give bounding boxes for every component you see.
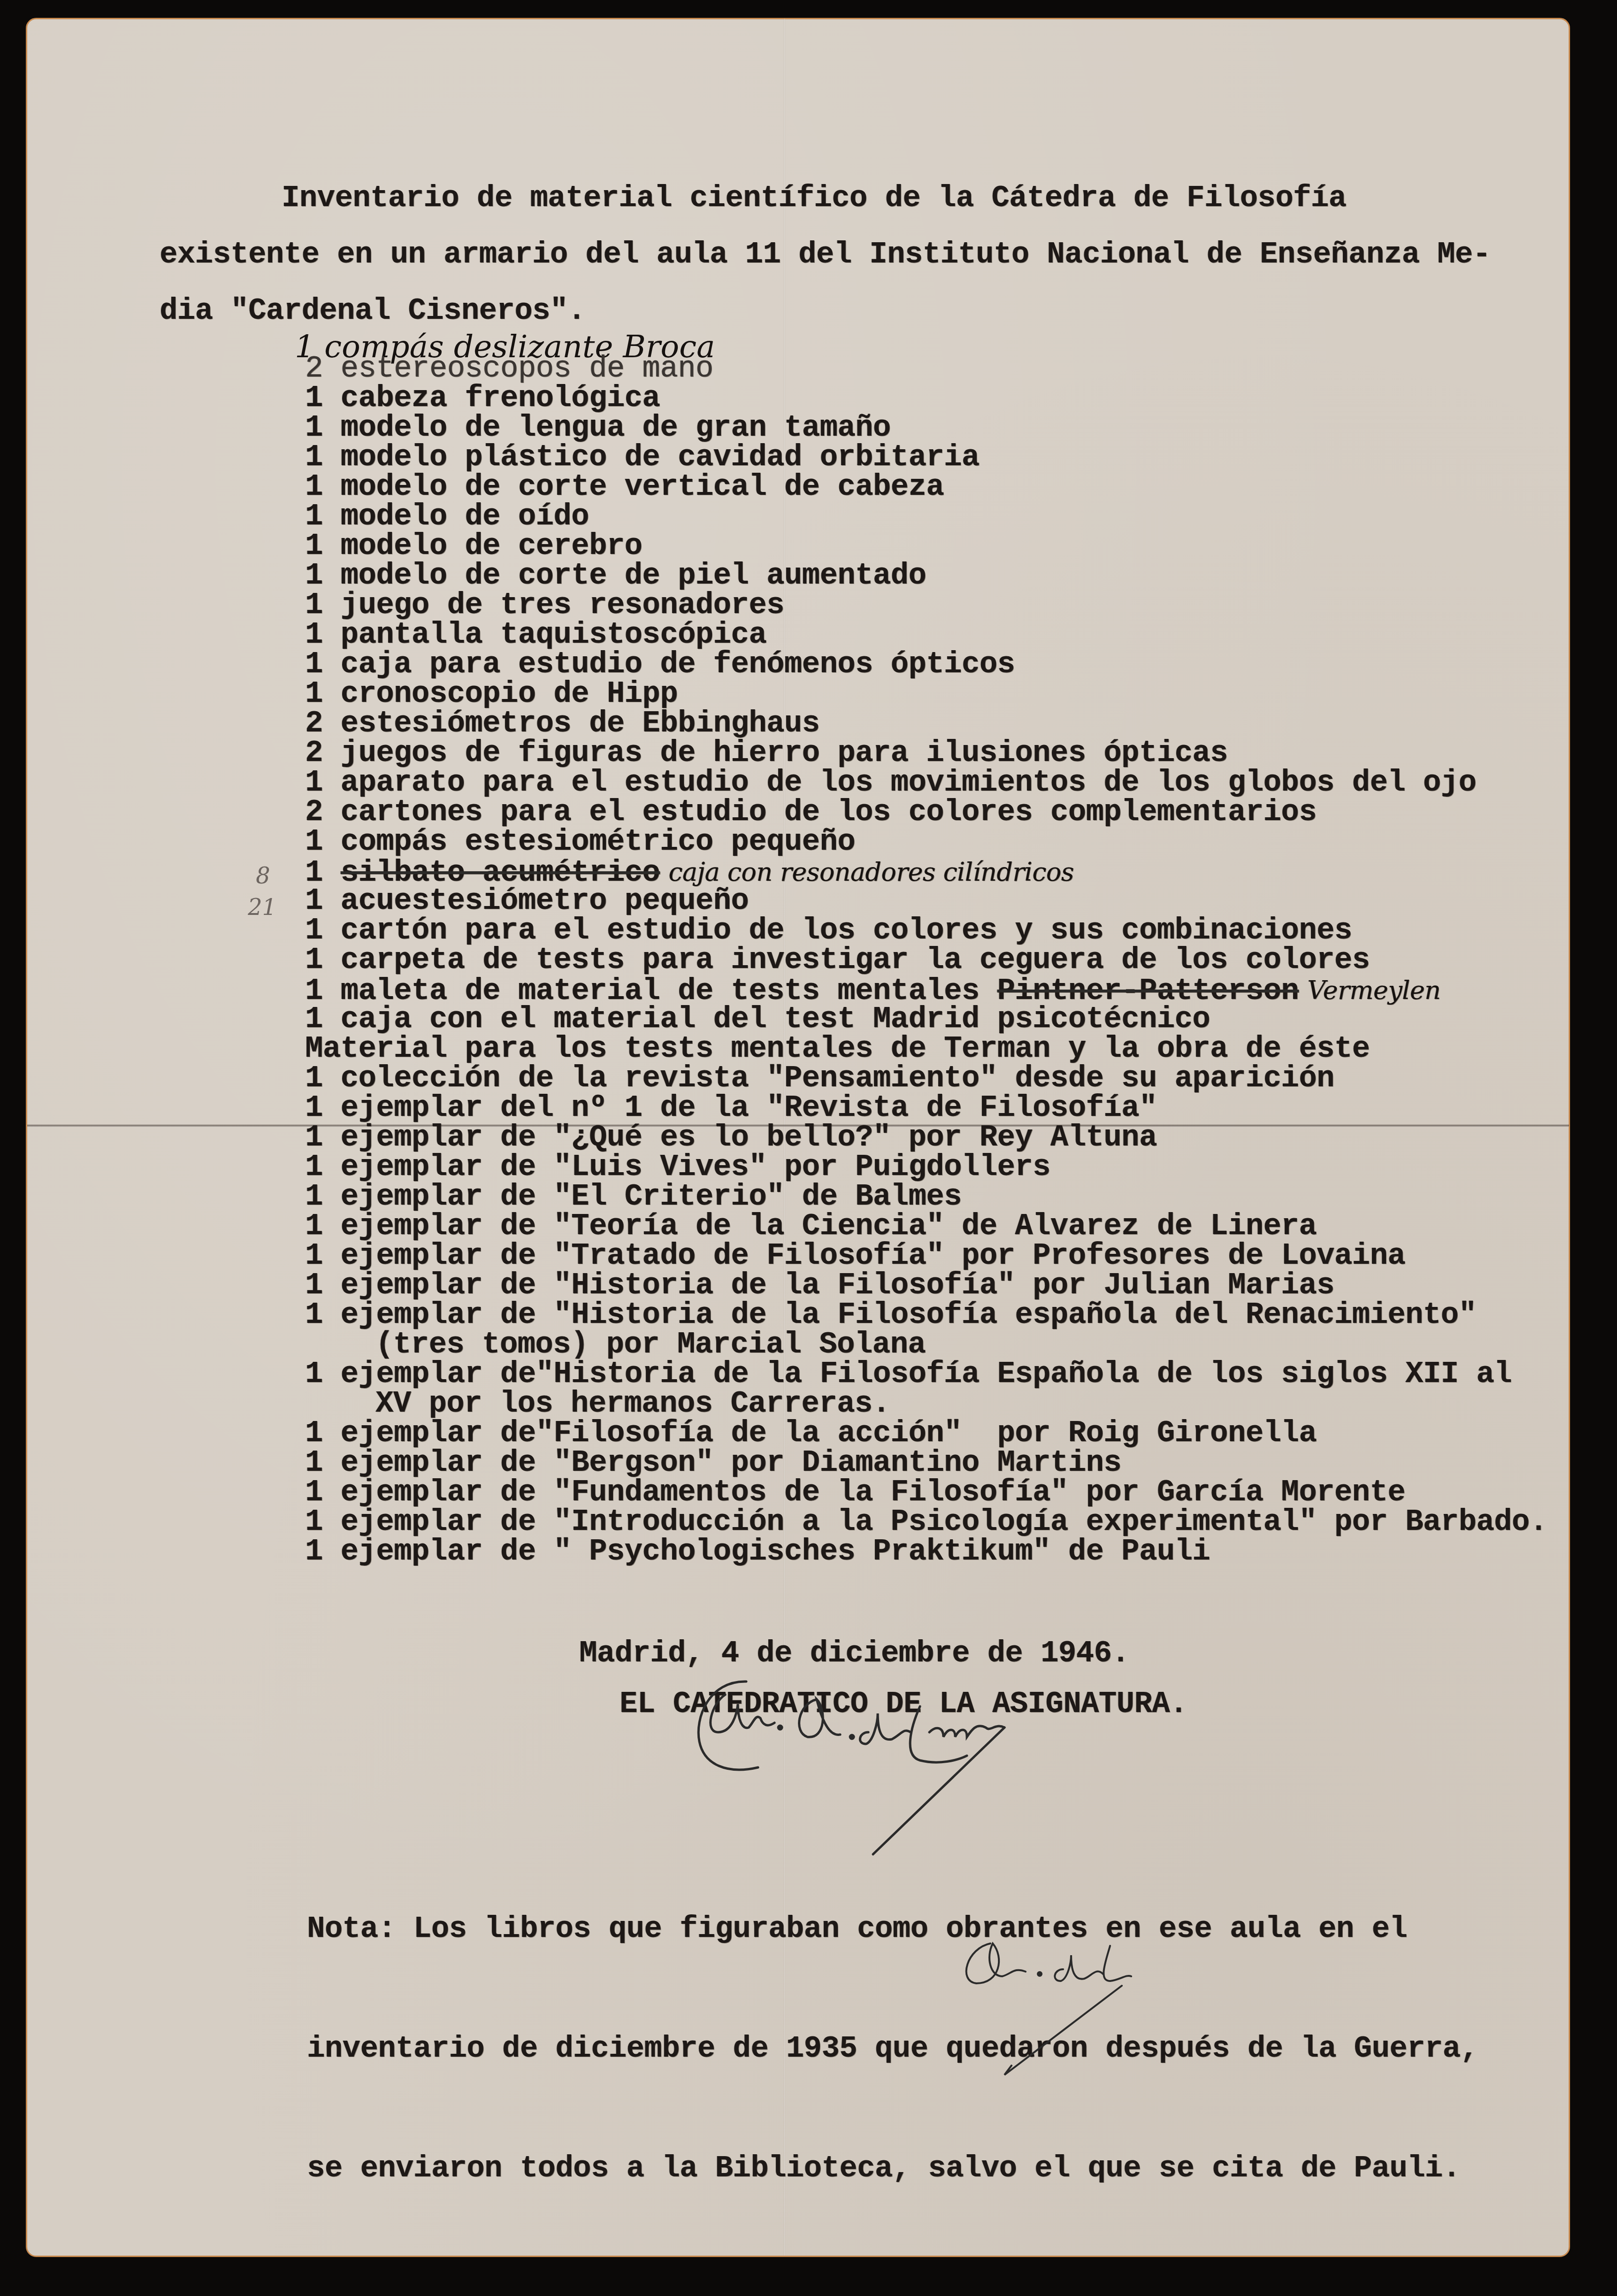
inventory-item: 1 modelo de corte vertical de cabeza — [305, 473, 1547, 502]
inventory-item: 1 modelo de lengua de gran tamaño — [305, 414, 1547, 443]
inventory-item: 1 ejemplar de "Introducción a la Psicolo… — [305, 1508, 1547, 1537]
inventory-item: 1 acuestesiómetro pequeño — [305, 887, 1547, 916]
handwritten-correction: Vermeylen — [1307, 975, 1441, 1005]
handwritten-correction: caja con resonadores cilíndricos — [668, 857, 1074, 887]
inventory-item: 1 ejemplar de "¿Qué es lo bello?" por Re… — [305, 1123, 1547, 1153]
note-line-2: inventario de diciembre de 1935 que qued… — [307, 2029, 1478, 2069]
inventory-item: 1 ejemplar de "Fundamentos de la Filosof… — [305, 1478, 1547, 1508]
inventory-item: 1 ejemplar de"Filosofía de la acción" po… — [305, 1419, 1547, 1449]
inventory-item: 1 modelo plástico de cavidad orbitaria — [305, 443, 1547, 473]
inventory-list: 2 estereoscopos de mano1 cabeza frenológ… — [305, 354, 1547, 1567]
inventory-item: 1 ejemplar de "Tratado de Filosofía" por… — [305, 1242, 1547, 1271]
title-line-1: Inventario de material científico de la … — [282, 184, 1346, 214]
inventory-item: 1 ejemplar de "Bergson" por Diamantino M… — [305, 1449, 1547, 1478]
inventory-item: 1 ejemplar del nº 1 de la "Revista de Fi… — [305, 1094, 1547, 1123]
inventory-item: 1 pantalla taquistoscópica — [305, 621, 1547, 650]
inventory-item: 1 modelo de corte de piel aumentado — [305, 561, 1547, 591]
inventory-item: 1 colección de la revista "Pensamiento" … — [305, 1064, 1547, 1094]
inventory-item: 1 cabeza frenológica — [305, 384, 1547, 414]
inventory-item: 2 estesiómetros de Ebbinghaus — [305, 709, 1547, 739]
margin-note-21: 21 — [248, 894, 276, 921]
margin-note-8: 8 — [256, 863, 270, 889]
inventory-item: XV por los hermanos Carreras. — [305, 1390, 1547, 1419]
inventory-item: 1 ejemplar de "Teoría de la Ciencia" de … — [305, 1212, 1547, 1242]
title-line-2: existente en un armario del aula 11 del … — [160, 240, 1490, 270]
inventory-item: 1 cartón para el estudio de los colores … — [305, 916, 1547, 946]
inventory-item: (tres tomos) por Marcial Solana — [305, 1330, 1547, 1360]
inventory-item: 1 ejemplar de "Historia de la Filosofía"… — [305, 1271, 1547, 1301]
inventory-item: 1 caja para estudio de fenómenos ópticos — [305, 650, 1547, 680]
signature-1 — [667, 1662, 1089, 1859]
inventory-item: 2 juegos de figuras de hierro para ilusi… — [305, 739, 1547, 768]
inventory-item: 1 modelo de oído — [305, 502, 1547, 532]
inventory-item: 1 maleta de material de tests mentales P… — [305, 975, 1547, 1005]
inventory-item: 1 caja con el material del test Madrid p… — [305, 1005, 1547, 1035]
title-line-3: dia "Cardenal Cisneros". — [160, 297, 585, 326]
inventory-item: 1 ejemplar de"Historia de la Filosofía E… — [305, 1360, 1547, 1390]
inventory-item: 2 estereoscopos de mano — [305, 354, 1547, 384]
note-line-3: se enviaron todos a la Biblioteca, salvo… — [307, 2149, 1478, 2189]
inventory-item: 1 aparato para el estudio de los movimie… — [305, 768, 1547, 798]
signature-1-stroke-icon — [667, 1662, 1089, 1859]
note-block: Nota: Los libros que figuraban como obra… — [307, 1830, 1478, 2229]
inventory-item: 2 cartones para el estudio de los colore… — [305, 798, 1547, 828]
inventory-item: 1 cronoscopio de Hipp — [305, 680, 1547, 709]
inventory-item: 1 juego de tres resonadores — [305, 591, 1547, 621]
inventory-item: Material para los tests mentales de Term… — [305, 1035, 1547, 1064]
signature-2 — [948, 1929, 1183, 2084]
inventory-item: 1 ejemplar de "Luis Vives" por Puigdolle… — [305, 1153, 1547, 1183]
inventory-item: 1 ejemplar de "El Criterio" de Balmes — [305, 1183, 1547, 1212]
signature-2-stroke-icon — [948, 1929, 1183, 2084]
inventory-item: 1 modelo de cerebro — [305, 532, 1547, 561]
inventory-item: 1 carpeta de tests para investigar la ce… — [305, 946, 1547, 975]
inventory-item: 1 ejemplar de " Psychologisches Praktiku… — [305, 1537, 1547, 1567]
inventory-item: 1 silbato acumétricocaja con resonadores… — [305, 857, 1547, 887]
note-line-1: Nota: Los libros que figuraban como obra… — [307, 1910, 1478, 1950]
inventory-item: 1 compás estesiométrico pequeño — [305, 828, 1547, 857]
inventory-item: 1 ejemplar de "Historia de la Filosofía … — [305, 1301, 1547, 1330]
